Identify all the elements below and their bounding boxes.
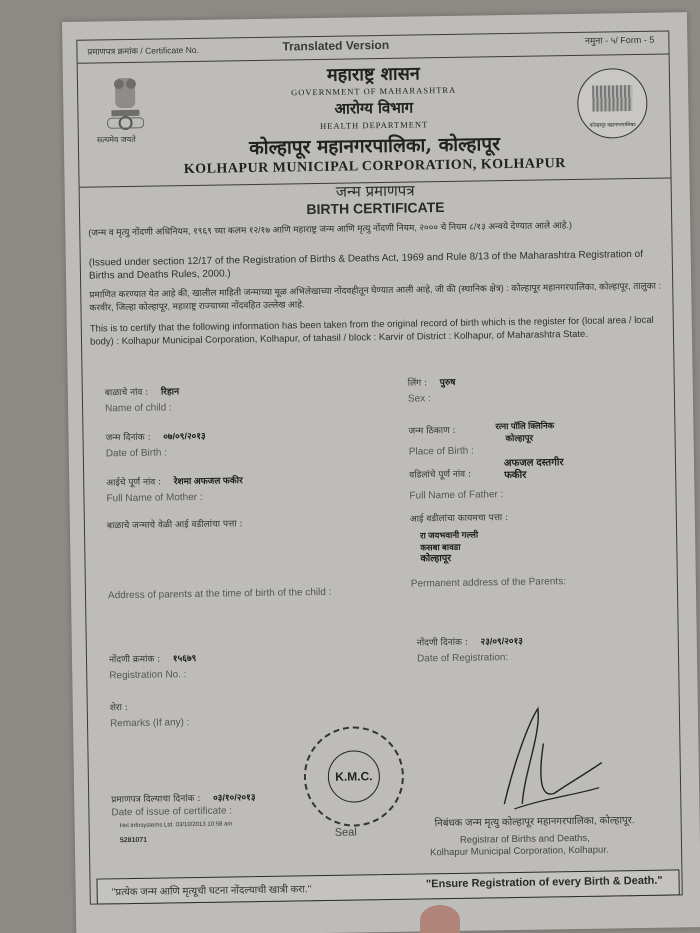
- seal-center-text: K.M.C.: [327, 750, 380, 803]
- registration-date-value: २३/०९/२०१३: [480, 636, 523, 647]
- address-at-birth-label-en: Address of parents at the time of birth …: [108, 582, 332, 602]
- translated-version-label: Translated Version: [282, 38, 389, 54]
- footer-slogan-english: "Ensure Registration of every Birth & De…: [426, 875, 663, 891]
- registrar-title-english-line1: Registrar of Births and Deaths,: [460, 833, 590, 846]
- certify-statement-english: This is to certify that the following in…: [90, 314, 665, 349]
- sex-field: लिंग : पुरुष Sex :: [408, 375, 456, 405]
- certificate-frame: प्रमाणपत्र क्रमांक / Certificate No. Tra…: [76, 30, 683, 904]
- child-name-value: रिहान: [161, 386, 179, 396]
- issued-under-marathi: (जन्म व मृत्यु नोंदणी अधिनियम, १९६९ च्या…: [88, 218, 663, 240]
- sex-value: पुरुष: [440, 377, 456, 387]
- certificate-number-label: प्रमाणपत्र क्रमांक / Certificate No.: [87, 45, 199, 58]
- issue-date-field: प्रमाणपत्र दिल्याचा दिनांक : ०३/१०/२०१३ …: [111, 790, 256, 818]
- footer-slogan-marathi: ''प्रत्येक जन्म आणि मृत्यूची घटना नोंदल्…: [112, 881, 312, 898]
- child-name-field: बाळाचे नांव : रिहान Name of child :: [105, 384, 180, 414]
- kmc-seal-stamp: K.M.C.: [303, 726, 405, 828]
- place-of-birth-field: जन्म ठिकाण : Place of Birth :: [408, 423, 474, 458]
- date-of-birth-value: ०७/०९/२०१३: [163, 431, 206, 442]
- permanent-address-label-en: Permanent address of the Parents:: [411, 571, 566, 589]
- issue-date-value: ०३/१०/२०१३: [213, 792, 256, 803]
- registration-number-value: १५६७९: [173, 653, 197, 663]
- birth-certificate-document: प्रमाणपत्र क्रमांक / Certificate No. Tra…: [62, 12, 700, 933]
- father-name-value: अफजल दस्तगीर फकीर: [504, 457, 564, 482]
- permanent-address-value: रा जयभवानी गल्ली कसबा बावडा कोल्हापूर: [420, 529, 479, 566]
- permanent-address-field: आई वडीलांचा कायमचा पत्ता :: [410, 510, 508, 525]
- date-of-birth-field: जन्म दिनांक : ०७/०९/२०१३ Date of Birth :: [105, 429, 206, 460]
- form-number-label: नमुना - ५/ Form - 5: [585, 33, 655, 47]
- mother-name-field: आईचे पूर्ण नांव : रेशमा अफजल फकीर Full N…: [106, 473, 243, 504]
- seal-label: Seal: [335, 826, 357, 838]
- registrar-title-marathi: निबंधक जन्म मृत्यु कोल्हापूर महानगरपालिक…: [435, 811, 695, 829]
- thumb: [420, 905, 460, 933]
- place-of-birth-value: रत्ना पॉलि क्लिनिक कोल्हापूर: [495, 419, 554, 444]
- print-serial-number: 5281071: [120, 837, 147, 844]
- footer-slogan-box: ''प्रत्येक जन्म आणि मृत्यूची घटना नोंदल्…: [96, 869, 679, 904]
- registrar-signature: [483, 703, 605, 815]
- registrar-title-english-line2: Kolhapur Municipal Corporation, Kolhapur…: [430, 845, 609, 859]
- registration-number-field: नोंदणी क्रमांक : १५६७९ Registration No. …: [109, 651, 197, 681]
- remarks-field: शेरा : Remarks (If any) :: [110, 699, 190, 729]
- registration-date-field: नोंदणी दिनांक : २३/०९/२०१३ Date of Regis…: [417, 634, 524, 665]
- father-name-field: वडिलांचे पूर्ण नांव : Full Name of Fathe…: [409, 466, 503, 501]
- kmc-logo-caption: कोल्हापूर महानगरपालिका: [585, 122, 641, 129]
- print-vendor-info: Hol Infosystems Ltd. 03/10/2013 10:58 am: [120, 821, 233, 829]
- issued-under-english: (Issued under section 12/17 of the Regis…: [89, 248, 664, 283]
- certify-statement-marathi: प्रमाणित करण्यात येत आहे की, खालील माहित…: [89, 280, 664, 315]
- mother-name-value: रेशमा अफजल फकीर: [174, 475, 243, 486]
- address-at-birth-field: बाळाचे जन्माचे वेळी आई वडीलांचा पत्ता :: [107, 516, 243, 531]
